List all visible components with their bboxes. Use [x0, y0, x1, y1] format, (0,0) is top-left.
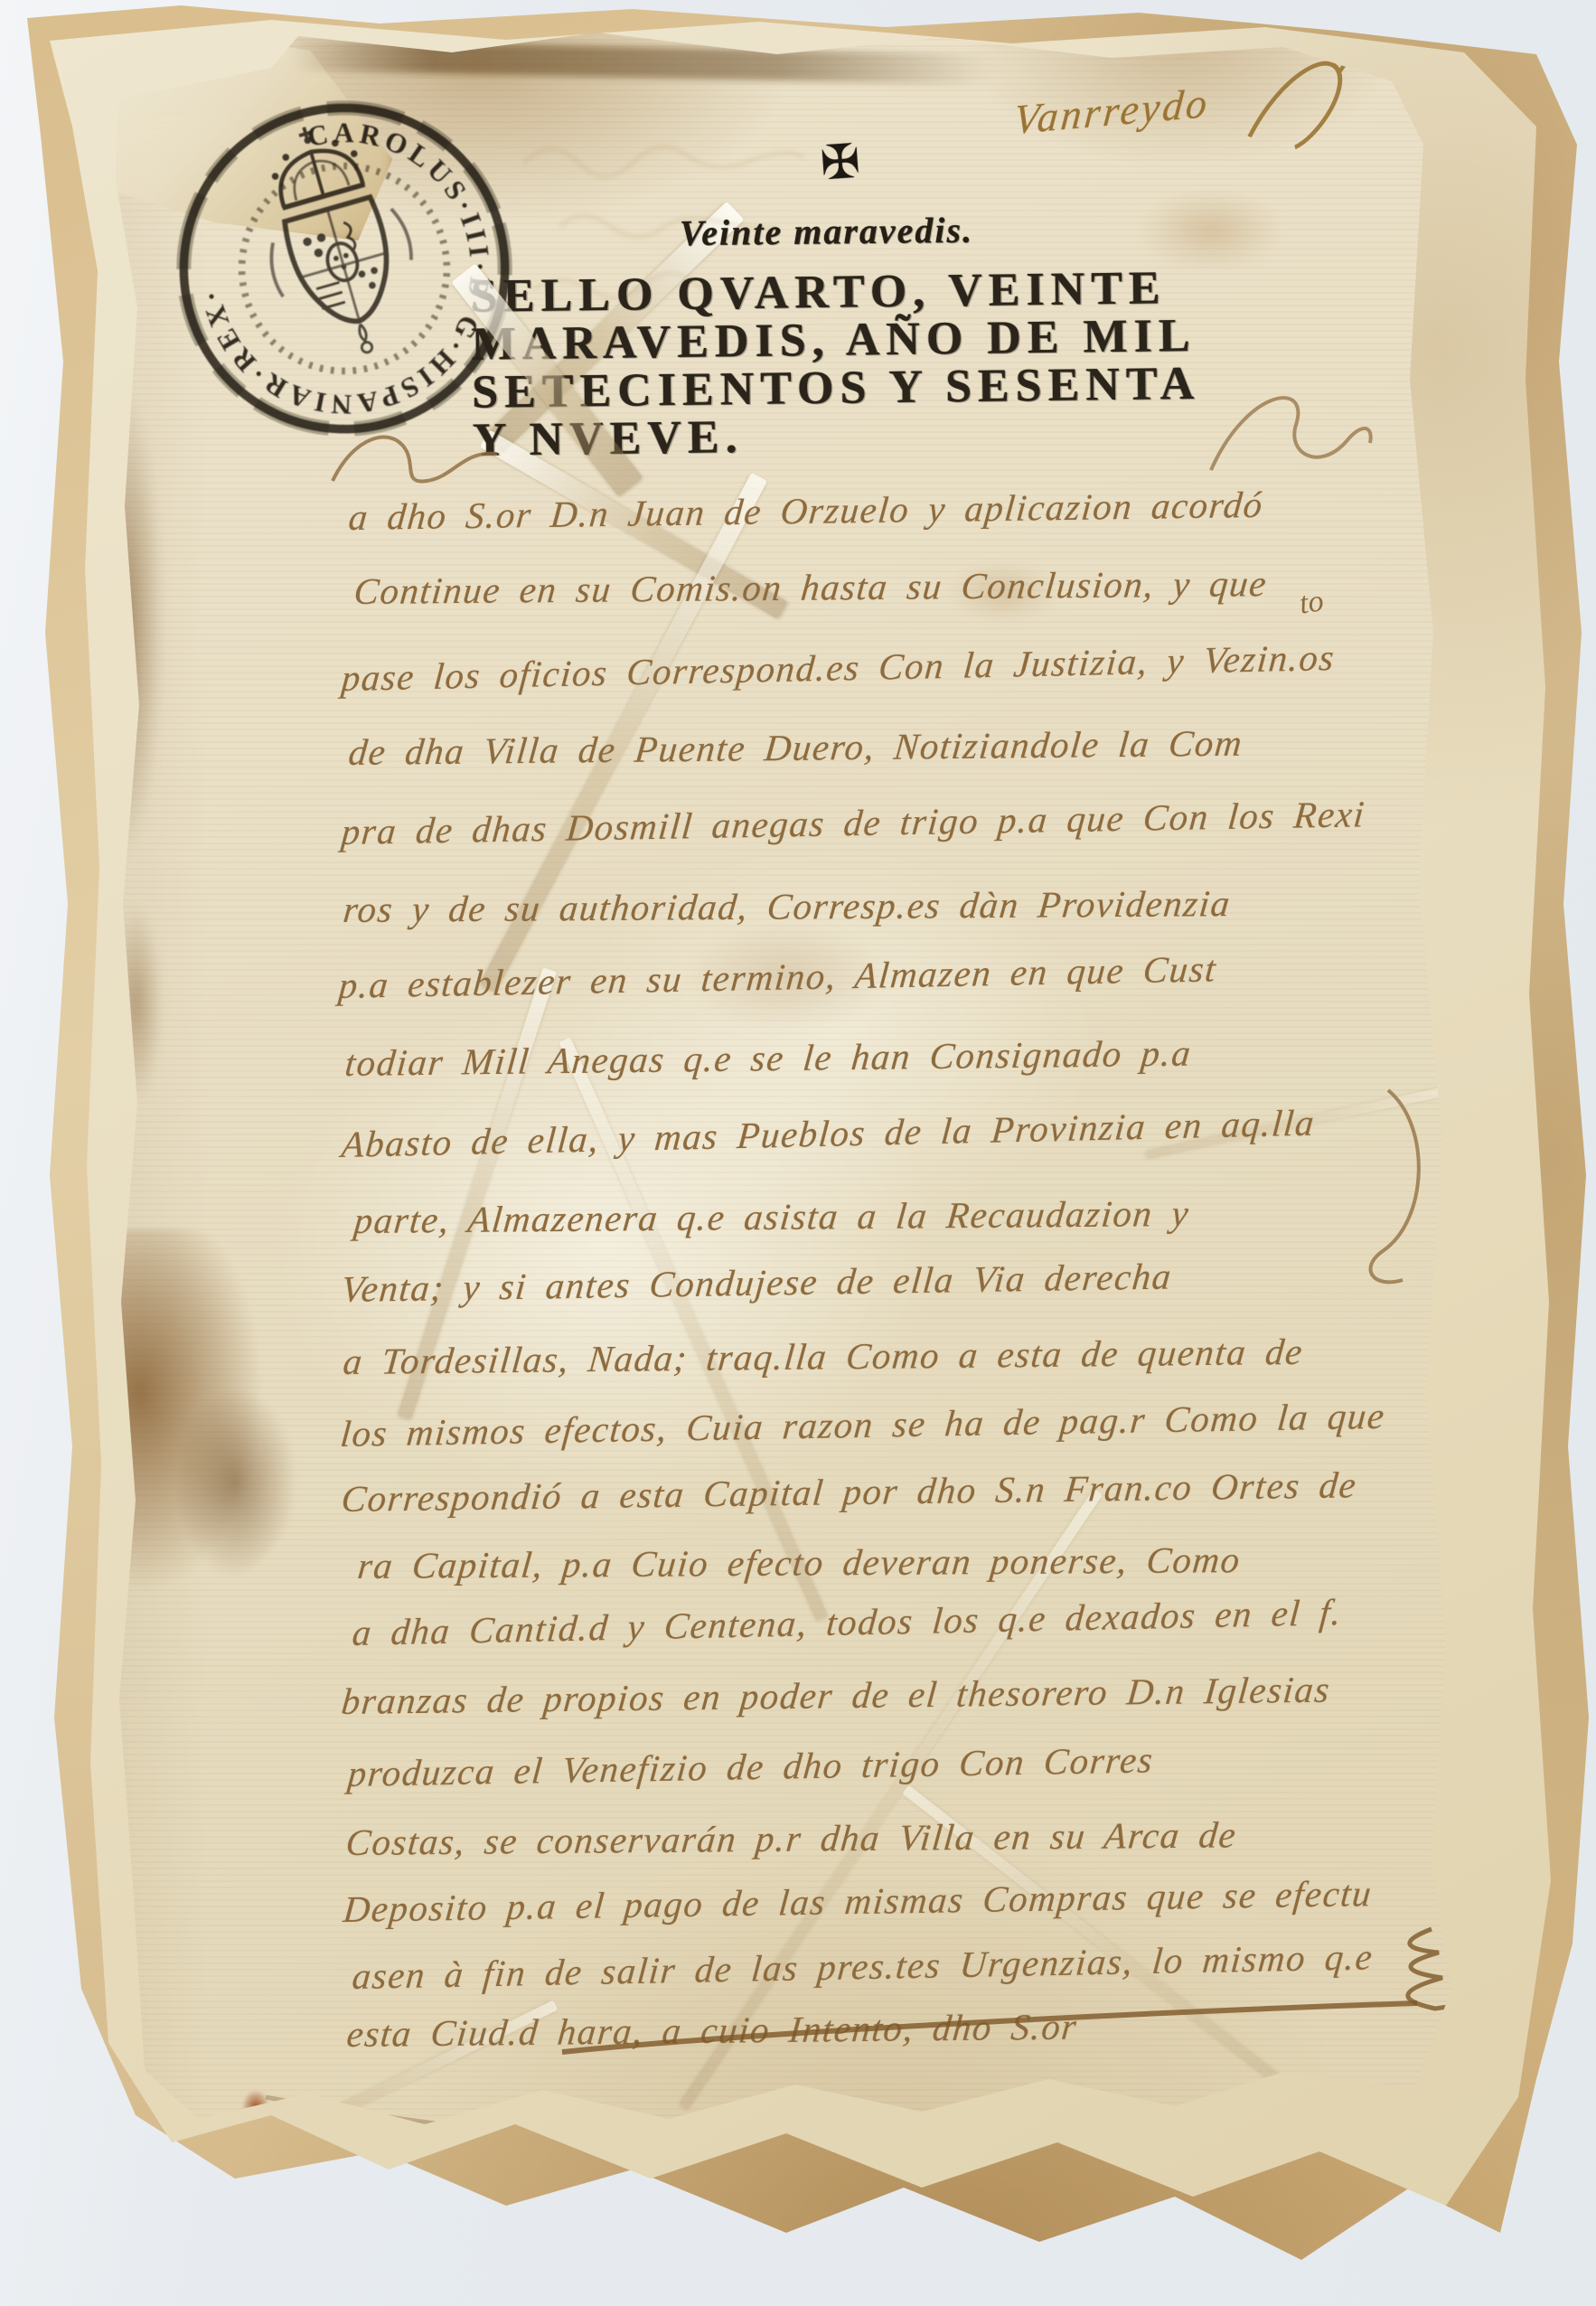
manuscript-line: Continue en su Comis.on hasta su Conclus…	[352, 561, 1270, 613]
manuscript-line: a dho S.or D.n Juan de Orzuelo y aplicaz…	[347, 483, 1265, 539]
manuscript-line: Deposito p.a el pago de las mismas Compr…	[342, 1871, 1375, 1931]
manuscript-line: pase los oficios Correspond.es Con la Ju…	[340, 635, 1337, 700]
manuscript-line: Correspondió a esta Capital por dho S.n …	[340, 1463, 1359, 1520]
top-annotation: Vanrreydo	[1006, 62, 1394, 214]
printers-cross-icon: ✠	[819, 135, 862, 192]
seal-coat-of-arms-icon	[282, 196, 405, 334]
scanner-background: CAROLUS·III·D·G·HISPANIAR·REX·	[0, 0, 1596, 2306]
printed-line: Y NVEVE.	[473, 406, 1314, 464]
top-annotation-text: Vanrreydo	[1012, 80, 1212, 143]
manuscript-line: Costas, se conservarán p.r dha Villa en …	[344, 1812, 1239, 1864]
manuscript-line: Venta; y si antes Condujese de ella Via …	[340, 1255, 1174, 1312]
manuscript-line: produzca el Venefizio de dho trigo Con C…	[346, 1737, 1156, 1795]
manuscript-line: de dha Villa de Puente Duero, Notiziando…	[347, 721, 1245, 774]
manuscript-line: pra de dhas Dosmill anegas de trigo p.a …	[340, 792, 1367, 853]
top-fold-shadow	[289, 40, 995, 85]
catchword: to	[1297, 584, 1325, 621]
manuscript-line: asen à fin de salir de las pres.tes Urge…	[351, 1934, 1375, 1998]
manuscript-line: branzas de propios en poder de el thesor…	[340, 1668, 1333, 1723]
manuscript-line: parte, Almazenera q.e asista a la Recaud…	[352, 1191, 1192, 1242]
manuscript-line: los mismos efectos, Cuia razon se ha de …	[339, 1394, 1387, 1455]
manuscript-line: a dha Cantid.d y Centena, todos los q.e …	[351, 1590, 1344, 1654]
manuscript-line: esta Ciud.d hara, a cuio Intento, dho S.…	[345, 2005, 1080, 2057]
printed-line: SETECIENTOS Y SESENTA	[472, 358, 1313, 416]
tax-line: Veinte maravedis.	[680, 208, 1059, 254]
royal-seal-stamp: CAROLUS·III·D·G·HISPANIAR·REX·	[174, 98, 515, 439]
manuscript-line: p.a establezer en su termino, Almazen en…	[337, 946, 1218, 1007]
printed-sello-block: SELLO QVARTO, VEINTE MARAVEDIS, AÑO DE M…	[471, 262, 1314, 464]
document-page: CAROLUS·III·D·G·HISPANIAR·REX·	[0, 0, 1596, 2306]
manuscript-line: Abasto de ella, y mas Pueblos de la Prov…	[340, 1101, 1317, 1167]
manuscript-line: a Tordesillas, Nada; traq.lla Como a est…	[342, 1330, 1306, 1383]
manuscript-line: ros y de su authoridad, Corresp.es dàn P…	[342, 881, 1234, 931]
manuscript-line: ra Capital, p.a Cuio efecto deveran pone…	[356, 1538, 1244, 1587]
manuscript-line: todiar Mill Anegas q.e se le han Consign…	[343, 1031, 1194, 1086]
foxing-spot	[1139, 190, 1283, 271]
